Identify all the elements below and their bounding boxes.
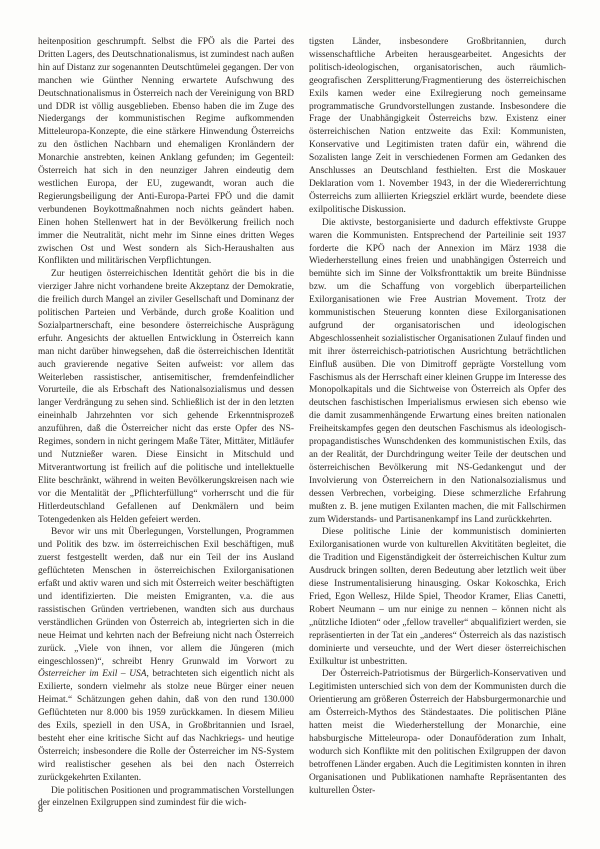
- page-number: 8: [38, 804, 43, 815]
- paragraph: tigsten Länder, insbesondere Großbritann…: [309, 36, 566, 217]
- text-segment: tigsten Länder, insbesondere Großbritann…: [309, 37, 566, 215]
- left-column: heitenposition geschrumpft. Selbst die F…: [38, 36, 294, 810]
- paragraph: Zur heutigen österreichischen Identität …: [38, 268, 294, 526]
- text-segment: Der Österreich-Patriotismus der Bürgerli…: [309, 669, 566, 795]
- paragraph: Der Österreich-Patriotismus der Bürgerli…: [309, 668, 566, 797]
- book-title-italic: Österreicher im Exil – USA: [38, 669, 146, 679]
- paragraph: Bevor wir uns mit Überlegungen, Vorstell…: [38, 526, 294, 784]
- text-segment: Die politischen Positionen und programma…: [38, 786, 294, 809]
- text-segment: Bevor wir uns mit Überlegungen, Vorstell…: [38, 527, 294, 666]
- text-segment: Zur heutigen österreichischen Identität …: [38, 269, 294, 524]
- paragraph: heitenposition geschrumpft. Selbst die F…: [38, 36, 294, 268]
- book-page: heitenposition geschrumpft. Selbst die F…: [0, 0, 600, 849]
- paragraph: Die politischen Positionen und programma…: [38, 785, 294, 811]
- text-segment: Die aktivste, bestorganisierte und dadur…: [309, 218, 566, 525]
- text-segment: heitenposition geschrumpft. Selbst die F…: [38, 37, 294, 266]
- text-segment: , betrachteten sich eigentlich nicht als…: [38, 669, 294, 782]
- paragraph: Diese politische Linie der kommunistisch…: [309, 526, 566, 668]
- right-column: tigsten Länder, insbesondere Großbritann…: [309, 36, 566, 797]
- paragraph: Die aktivste, bestorganisierte und dadur…: [309, 217, 566, 527]
- text-segment: Diese politische Linie der kommunistisch…: [309, 527, 566, 666]
